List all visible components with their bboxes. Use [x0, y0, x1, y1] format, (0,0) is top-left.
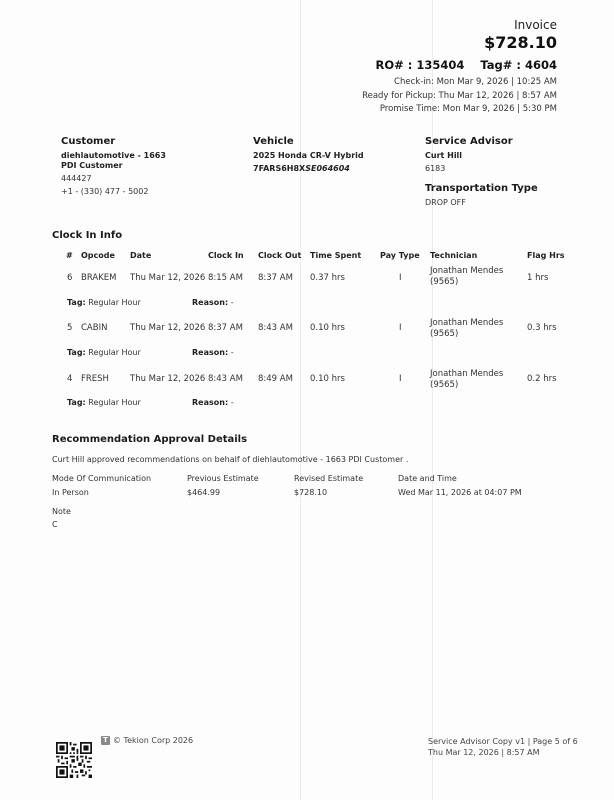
footer-printed-at: Thu Mar 12, 2026 | 8:57 AM	[428, 748, 540, 757]
row-technician: Jonathan Mendes (9565)	[430, 266, 503, 288]
customer-phone: +1 - (330) 477 - 5002	[61, 187, 166, 196]
col-header-pay-type: Pay Type	[380, 251, 420, 260]
previous-estimate-value: $464.99	[187, 488, 220, 497]
col-header-date: Date	[130, 251, 151, 260]
footer-copy-info: Service Advisor Copy v1 | Page 5 of 6	[428, 737, 578, 746]
transportation-block: Transportation Type DROP OFF	[425, 183, 538, 207]
row-number: 4	[67, 374, 72, 384]
row-clock-out: 8:43 AM	[258, 323, 293, 333]
promise-time: Promise Time: Mon Mar 9, 2026 | 5:30 PM	[380, 104, 557, 114]
row-date: Thu Mar 12, 2026	[130, 374, 205, 384]
row-time-spent: 0.37 hrs	[310, 273, 345, 283]
col-header-flag-hrs: Flag Hrs	[527, 251, 565, 260]
row-date: Thu Mar 12, 2026	[130, 323, 205, 333]
col-header-time-spent: Time Spent	[310, 251, 361, 260]
ro-label: RO# :	[375, 58, 416, 72]
row-number: 5	[67, 323, 72, 333]
ro-tag-line: RO# : 135404Tag# : 4604	[375, 58, 557, 72]
technician-id: (9565)	[430, 329, 503, 340]
mode-label: Mode Of Communication	[52, 474, 151, 483]
tag-value: Regular Hour	[88, 348, 141, 357]
reason-value: -	[231, 348, 234, 357]
technician-name: Jonathan Mendes	[430, 369, 503, 380]
row-date: Thu Mar 12, 2026	[130, 273, 205, 283]
scan-artifact	[300, 0, 301, 800]
row-reason: Reason: -	[192, 398, 234, 407]
row-time-spent: 0.10 hrs	[310, 374, 345, 384]
transportation-title: Transportation Type	[425, 183, 538, 194]
row-clock-in: 8:37 AM	[208, 323, 243, 333]
vehicle-title: Vehicle	[253, 136, 364, 147]
service-advisor-block: Service Advisor Curt Hill 6183	[425, 136, 513, 173]
row-technician: Jonathan Mendes (9565)	[430, 318, 503, 340]
reason-value: -	[231, 298, 234, 307]
tag-number: 4604	[525, 58, 557, 72]
service-advisor-title: Service Advisor	[425, 136, 513, 147]
document-title: Invoice	[514, 18, 557, 32]
customer-name-line1: diehlautomotive - 1663	[61, 151, 166, 160]
col-header-technician: Technician	[430, 251, 477, 260]
row-clock-out: 8:49 AM	[258, 374, 293, 384]
customer-id: 444427	[61, 174, 166, 183]
scan-artifact	[432, 0, 433, 800]
row-opcode: BRAKEM	[81, 273, 117, 283]
row-clock-out: 8:37 AM	[258, 273, 293, 283]
service-advisor-name: Curt Hill	[425, 151, 513, 160]
qr-code-icon	[56, 742, 92, 778]
recommendation-title: Recommendation Approval Details	[52, 434, 247, 445]
row-flag-hrs: 0.3 hrs	[527, 323, 557, 333]
vin-prefix: 7FARS6H8X	[253, 164, 305, 173]
technician-id: (9565)	[430, 380, 503, 391]
tag-value: Regular Hour	[88, 298, 141, 307]
previous-estimate-label: Previous Estimate	[187, 474, 259, 483]
datetime-label: Date and Time	[398, 474, 457, 483]
row-clock-in: 8:43 AM	[208, 374, 243, 384]
tag-value: Regular Hour	[88, 398, 141, 407]
row-opcode: CABIN	[81, 323, 107, 333]
col-header-clock-in: Clock In	[208, 251, 244, 260]
row-technician: Jonathan Mendes (9565)	[430, 369, 503, 391]
note-value: C	[52, 520, 58, 529]
technician-name: Jonathan Mendes	[430, 318, 503, 329]
tag-label: Tag# :	[480, 58, 525, 72]
row-time-spent: 0.10 hrs	[310, 323, 345, 333]
note-label: Note	[52, 507, 71, 516]
tekion-logo-icon: T	[101, 736, 110, 745]
row-reason: Reason: -	[192, 348, 234, 357]
row-flag-hrs: 0.2 hrs	[527, 374, 557, 384]
row-reason: Reason: -	[192, 298, 234, 307]
col-header-clock-out: Clock Out	[258, 251, 301, 260]
row-tag: Tag: Regular Hour	[67, 348, 141, 357]
row-number: 6	[67, 273, 72, 283]
vin-suffix: SE064604	[305, 164, 350, 173]
vehicle-block: Vehicle 2025 Honda CR-V Hybrid 7FARS6H8X…	[253, 136, 364, 173]
technician-name: Jonathan Mendes	[430, 266, 503, 277]
row-pay-type: I	[399, 323, 402, 333]
mode-value: In Person	[52, 488, 89, 497]
revised-estimate-label: Revised Estimate	[294, 474, 363, 483]
datetime-value: Wed Mar 11, 2026 at 04:07 PM	[398, 488, 522, 497]
row-clock-in: 8:15 AM	[208, 273, 243, 283]
customer-title: Customer	[61, 136, 166, 147]
technician-id: (9565)	[430, 277, 503, 288]
customer-block: Customer diehlautomotive - 1663 PDI Cust…	[61, 136, 166, 196]
reason-value: -	[231, 398, 234, 407]
row-pay-type: I	[399, 273, 402, 283]
col-header-number: #	[66, 251, 73, 260]
recommendation-statement: Curt Hill approved recommendations on be…	[52, 455, 408, 464]
ro-number: 135404	[416, 58, 464, 72]
row-flag-hrs: 1 hrs	[527, 273, 548, 283]
col-header-opcode: Opcode	[81, 251, 115, 260]
row-tag: Tag: Regular Hour	[67, 298, 141, 307]
row-pay-type: I	[399, 374, 402, 384]
vehicle-vin: 7FARS6H8XSE064604	[253, 164, 364, 173]
service-advisor-id: 6183	[425, 164, 513, 173]
check-in-time: Check-in: Mon Mar 9, 2026 | 10:25 AM	[394, 77, 557, 87]
invoice-amount: $728.10	[484, 33, 557, 52]
vehicle-description: 2025 Honda CR-V Hybrid	[253, 151, 364, 160]
row-opcode: FRESH	[81, 374, 109, 384]
clock-in-title: Clock In Info	[52, 230, 122, 241]
footer-copyright: T© Tekion Corp 2026	[101, 736, 193, 745]
copyright-text: © Tekion Corp 2026	[113, 736, 193, 745]
row-tag: Tag: Regular Hour	[67, 398, 141, 407]
ready-for-pickup-time: Ready for Pickup: Thu Mar 12, 2026 | 8:5…	[362, 91, 557, 101]
transportation-value: DROP OFF	[425, 198, 538, 207]
customer-name-line2: PDI Customer	[61, 161, 166, 170]
revised-estimate-value: $728.10	[294, 488, 327, 497]
